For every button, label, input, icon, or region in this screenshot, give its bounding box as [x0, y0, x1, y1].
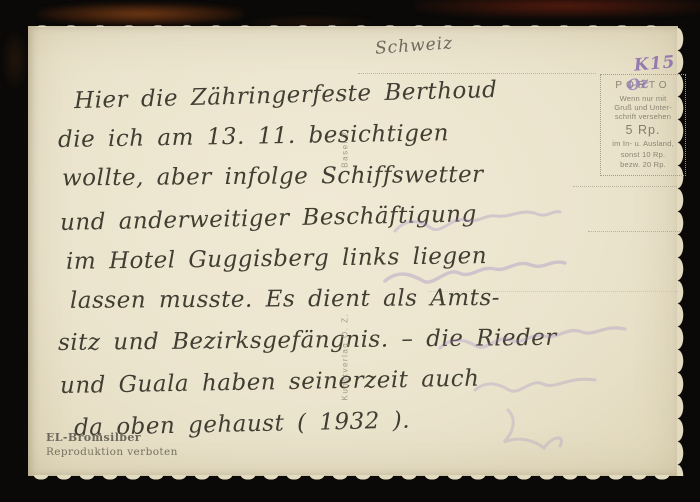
print-footer: EL-Bromsilber Reproduktion verboten: [46, 431, 178, 458]
scan-stain-left-edge: [2, 30, 28, 90]
postcard-back: Schweiz Hier die Zähringerfeste Berthoud…: [28, 26, 678, 476]
print-process-label: EL-Bromsilber: [46, 431, 178, 444]
postcard-scan: Schweiz Hier die Zähringerfeste Berthoud…: [0, 0, 700, 502]
publisher-city: Basel 2: [341, 131, 350, 168]
publisher-name: Kunstverlag O. Z.: [341, 313, 350, 401]
pencil-country-note: Schweiz: [374, 33, 453, 58]
reproduction-notice: Reproduktion verboten: [46, 446, 178, 458]
porto-condition-line: Gruß und Unter-: [601, 103, 685, 112]
porto-condition-line: schrift versehen: [601, 112, 685, 121]
deckle-edge-bottom: [30, 475, 678, 483]
publisher-imprint-vertical: Kunstverlag O. Z. Basel 2: [341, 131, 350, 401]
dealer-pencil-mark-crossed: Oz: [626, 73, 650, 94]
dealer-pencil-mark: K15: [633, 52, 676, 76]
deckle-edge-top: [28, 22, 674, 27]
porto-rate: 5 Rp.: [601, 123, 685, 137]
porto-detail-line: im In- u. Ausland,: [601, 139, 685, 150]
porto-condition-line: Wenn nur mit: [601, 94, 685, 103]
scan-stain-top-right: [415, 0, 700, 18]
porto-detail-line: sonst 10 Rp.: [601, 150, 685, 161]
porto-detail-line: bezw. 20 Rp.: [601, 160, 685, 171]
